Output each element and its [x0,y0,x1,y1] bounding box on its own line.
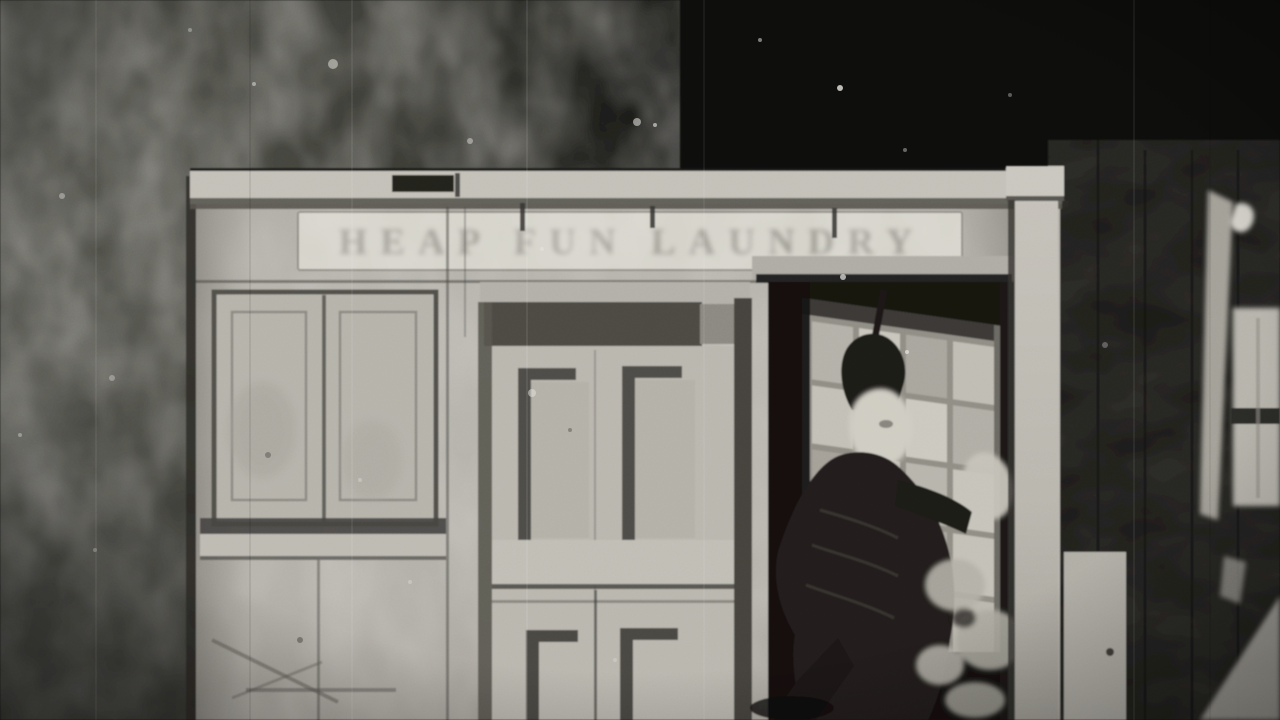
film-still-frame: HEAP FUN LAUNDRY [0,0,1280,720]
vignette-overlay [0,0,1280,720]
film-still-scene: HEAP FUN LAUNDRY [0,0,1280,720]
film-artifacts [0,0,1280,720]
